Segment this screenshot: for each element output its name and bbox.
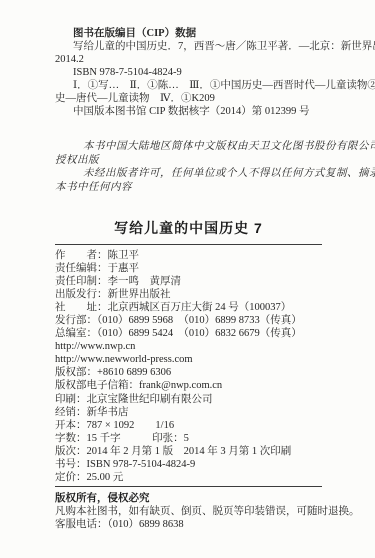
divider-line-top — [55, 244, 322, 245]
copyright-page: 图书在版编目（CIP）数据 写给儿童的中国历史．7，西晋～唐／陈卫平著．—北京：… — [0, 0, 375, 558]
cip-line: 2014.2 — [55, 53, 322, 66]
cip-line: Ⅰ．①写… Ⅱ．①陈… Ⅲ．①中国历史—西晋时代—儿童读物②中国历 — [55, 79, 322, 92]
license-lines: 本书中国大陆地区简体中文版权由天卫文化图书股份有限公司 授权出版 未经出版者许可… — [55, 140, 322, 194]
divider-line-bottom — [55, 486, 322, 487]
license-notice: 本书中国大陆地区简体中文版权由天卫文化图书股份有限公司 授权出版 未经出版者许可… — [55, 140, 322, 194]
colophon-line: 版次：2014 年 2 月第 1 版 2014 年 3 月第 1 次印刷 — [55, 445, 322, 458]
cip-line: 中国版本图书馆 CIP 数据核字（2014）第 012399 号 — [55, 105, 322, 118]
cip-heading: 图书在版编目（CIP）数据 — [55, 27, 322, 40]
book-title: 写给儿童的中国历史 7 — [55, 220, 322, 237]
colophon-line: 版权部：+8610 6899 6306 — [55, 366, 322, 379]
colophon-line: 发行部：（010）6899 5968 （010）6899 8733（传真） — [55, 314, 322, 327]
colophon-line: 字数：15 千字 印张：5 — [55, 432, 322, 445]
colophon-line: 开本：787 × 1092 1/16 — [55, 419, 322, 432]
colophon-line: 定价：25.00 元 — [55, 471, 322, 484]
footer-notice: 版权所有，侵权必究 凡购本社图书，如有缺页、倒页、脱页等印装错误，可随时退换。 … — [55, 492, 322, 531]
cip-line: 史—唐代—儿童读物 Ⅳ．①K209 — [55, 92, 322, 105]
service-phone: 客服电话：（010）6899 8638 — [55, 518, 322, 531]
license-line: 本书中任何内容 — [55, 181, 322, 195]
exchange-policy: 凡购本社图书，如有缺页、倒页、脱页等印装错误，可随时退换。 — [55, 505, 322, 518]
colophon-line: 作 者：陈卫平 — [55, 249, 322, 262]
cip-line: ISBN 978-7-5104-4824-9 — [55, 66, 322, 79]
colophon-line: 总编室：（010）6899 5424 （010）6832 6679（传真） — [55, 327, 322, 340]
license-line: 授权出版 — [55, 154, 322, 168]
cip-block: 图书在版编目（CIP）数据 写给儿童的中国历史．7，西晋～唐／陈卫平著．—北京：… — [55, 27, 322, 118]
license-line: 本书中国大陆地区简体中文版权由天卫文化图书股份有限公司 — [55, 140, 322, 154]
colophon-line: 印刷：北京宝隆世纪印刷有限公司 — [55, 393, 322, 406]
rights-statement: 版权所有，侵权必究 — [55, 492, 322, 505]
colophon-line: 出版发行：新世界出版社 — [55, 288, 322, 301]
colophon-block: 作 者：陈卫平 责任编辑：于惠平 责任印制：李一鸣 黄厚清 出版发行：新世界出版… — [55, 249, 322, 484]
colophon-line: 经销：新华书店 — [55, 406, 322, 419]
colophon-line: 书号：ISBN 978-7-5104-4824-9 — [55, 458, 322, 471]
colophon-line: 版权部电子信箱：frank@nwp.com.cn — [55, 379, 322, 392]
license-line: 未经出版者许可，任何单位或个人不得以任何方式复制、摘录 — [55, 167, 322, 181]
cip-lines: 写给儿童的中国历史．7，西晋～唐／陈卫平著．—北京：新世界出版社， 2014.2… — [55, 40, 322, 118]
cip-line: 写给儿童的中国历史．7，西晋～唐／陈卫平著．—北京：新世界出版社， — [55, 40, 322, 53]
colophon-line: http://www.nwp.cn — [55, 340, 322, 353]
colophon-lines: 作 者：陈卫平 责任编辑：于惠平 责任印制：李一鸣 黄厚清 出版发行：新世界出版… — [55, 249, 322, 484]
colophon-line: http://www.newworld-press.com — [55, 353, 322, 366]
colophon-line: 责任编辑：于惠平 — [55, 262, 322, 275]
colophon-line: 社 址：北京西城区百万庄大街 24 号（100037） — [55, 301, 322, 314]
colophon-line: 责任印制：李一鸣 黄厚清 — [55, 275, 322, 288]
